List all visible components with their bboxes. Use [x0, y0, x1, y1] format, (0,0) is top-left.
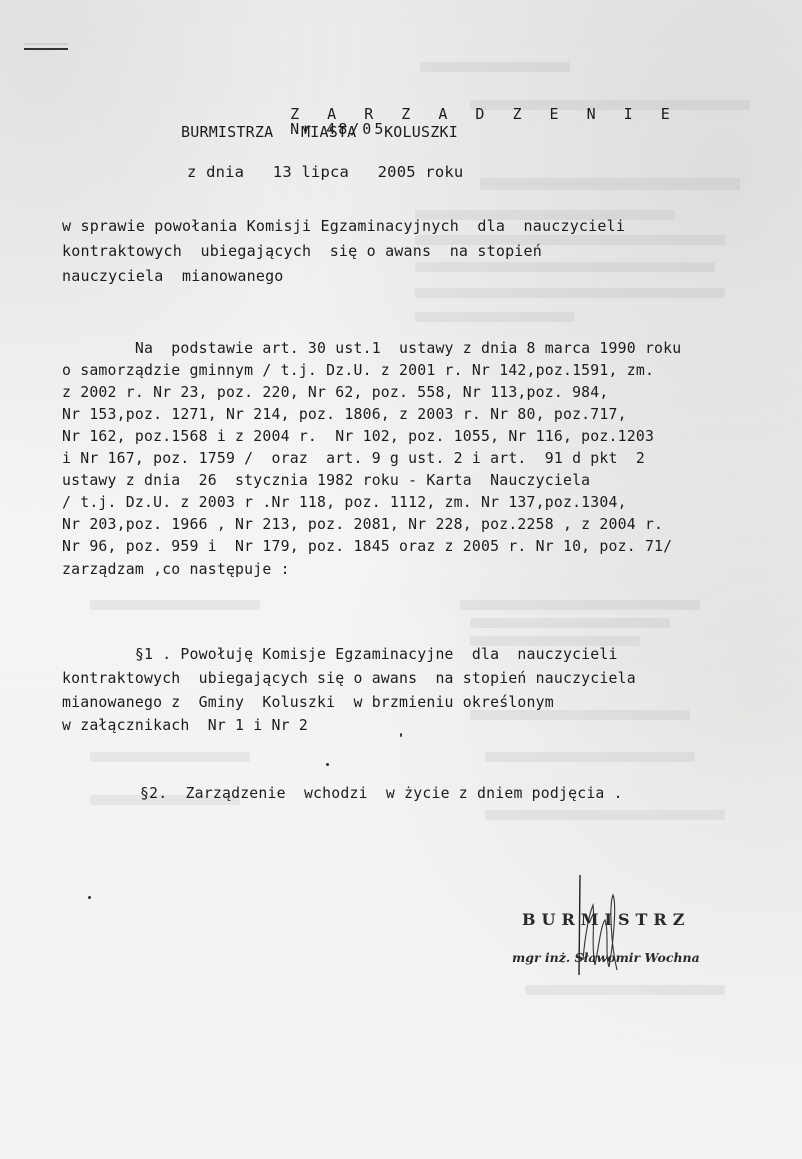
bleed-through-ghost: [415, 312, 575, 322]
bleed-through-ghost: [90, 600, 260, 610]
bleed-through-ghost: [470, 710, 690, 720]
signatory-title: BURMISTRZ: [522, 910, 690, 929]
subject-line: w sprawie powołania Komisji Egzaminacyjn…: [62, 219, 625, 234]
bleed-through-ghost: [460, 600, 700, 610]
legal-basis-line: Nr 162, poz.1568 i z 2004 r. Nr 102, poz…: [62, 430, 654, 445]
section-1-line: w załącznikach Nr 1 i Nr 2: [62, 719, 308, 734]
bleed-through-ghost: [90, 752, 250, 762]
ink-speck: [88, 896, 91, 899]
document-issuer: BURMISTRZA MIASTA KOLUSZKI: [181, 125, 458, 140]
subject-line: kontraktowych ubiegających się o awans n…: [62, 244, 542, 259]
bleed-through-ghost: [485, 810, 725, 820]
section-1-line: mianowanego z Gminy Koluszki w brzmieniu…: [62, 696, 554, 711]
bleed-through-ghost: [420, 62, 570, 72]
section-2-line: §2. Zarządzenie wchodzi w życie z dniem …: [140, 787, 623, 802]
bleed-through-ghost: [480, 178, 740, 190]
legal-basis-line: o samorządzie gminnym / t.j. Dz.U. z 200…: [62, 364, 654, 379]
bleed-through-ghost: [485, 752, 695, 762]
legal-basis-line: ustawy z dnia 26 stycznia 1982 roku - Ka…: [62, 474, 590, 489]
legal-basis-line: Nr 96, poz. 959 i Nr 179, poz. 1845 oraz…: [62, 540, 672, 555]
document-title: Z A R Z A D Z E N I E Nr 48/05: [242, 92, 679, 152]
legal-basis-line: / t.j. Dz.U. z 2003 r .Nr 118, poz. 1112…: [62, 496, 627, 511]
bleed-through-ghost: [415, 262, 715, 272]
legal-basis-line: i Nr 167, poz. 1759 / oraz art. 9 g ust.…: [62, 452, 645, 467]
bleed-through-ghost: [470, 636, 640, 646]
bleed-through-ghost: [470, 618, 670, 628]
bleed-through-ghost: [415, 288, 725, 298]
ink-speck: [326, 763, 329, 766]
signatory-name: mgr inż. Sławomir Wochna: [512, 950, 700, 965]
document-date: z dnia 13 lipca 2005 roku: [187, 165, 463, 181]
legal-basis-line: Na podstawie art. 30 ust.1 ustawy z dnia…: [62, 342, 681, 357]
section-1-line: §1 . Powołuję Komisje Egzaminacyjne dla …: [62, 648, 618, 663]
legal-basis-line: zarządzam ,co następuje :: [62, 563, 290, 578]
subject-line: nauczyciela mianowanego: [62, 269, 284, 284]
scanned-page: Z A R Z A D Z E N I E Nr 48/05 BURMISTRZ…: [0, 0, 802, 1159]
staple-mark-icon: [22, 42, 70, 52]
bleed-through-ghost: [525, 985, 725, 995]
section-1-line: kontraktowych ubiegających się o awans n…: [62, 672, 636, 687]
legal-basis-line: Nr 203,poz. 1966 , Nr 213, poz. 2081, Nr…: [62, 518, 663, 533]
legal-basis-line: z 2002 r. Nr 23, poz. 220, Nr 62, poz. 5…: [62, 386, 609, 401]
legal-basis-line: Nr 153,poz. 1271, Nr 214, poz. 1806, z 2…: [62, 408, 627, 423]
ink-speck: [400, 733, 402, 737]
